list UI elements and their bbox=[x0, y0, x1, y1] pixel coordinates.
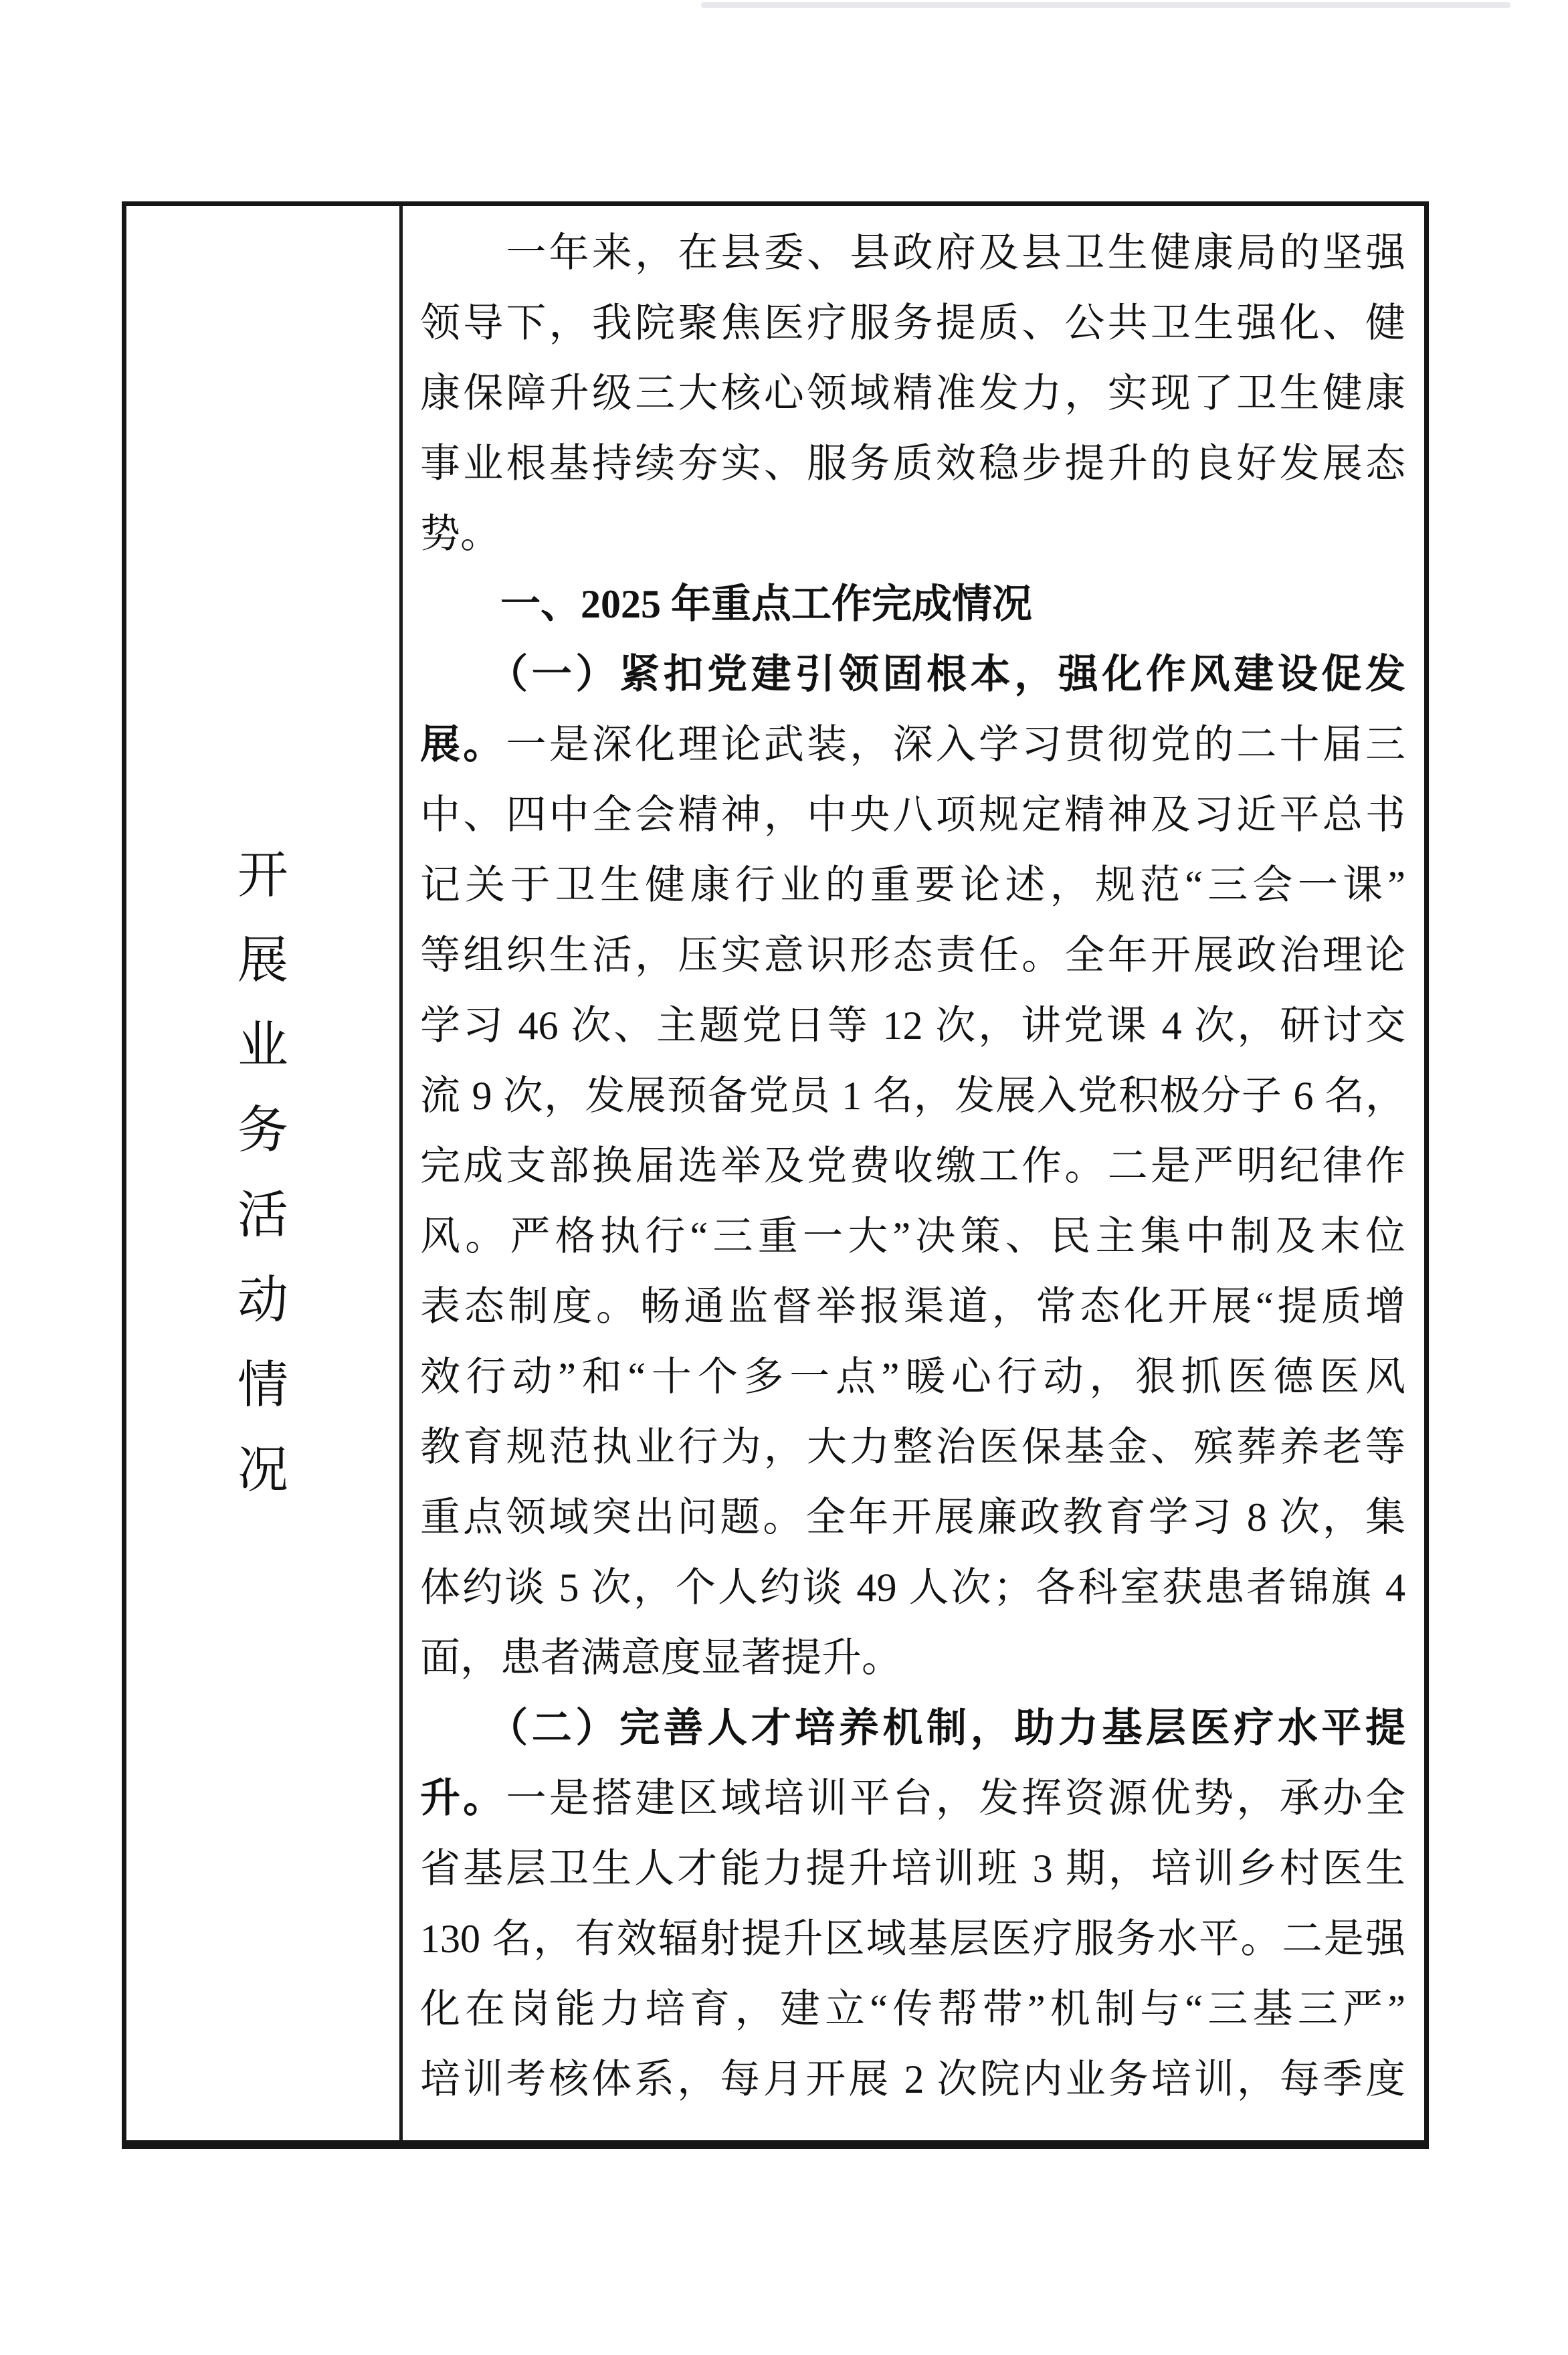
text-segment: 等组织生活，压实意识形态责任。全年开展政治理论 bbox=[420, 933, 1405, 977]
text-line: 等组织生活，压实意识形态责任。全年开展政治理论 bbox=[420, 921, 1405, 991]
text-segment: 一年来，在县委、县政府及县卫生健康局的坚强 bbox=[420, 231, 1405, 275]
text-segment: 中、四中全会精神，中央八项规定精神及习近平总书 bbox=[420, 793, 1405, 837]
text-segment: 表态制度。畅通监督举报渠道，常态化开展“提质增 bbox=[420, 1285, 1405, 1329]
text-line: 体约谈 5 次，个人约谈 49 人次；各科室获患者锦旗 4 bbox=[420, 1553, 1405, 1623]
text-segment: 风。严格执行“三重一大”决策、民主集中制及末位 bbox=[420, 1214, 1405, 1258]
text-line: 一、2025 年重点工作完成情况 bbox=[420, 569, 1405, 640]
row-header-char: 业 bbox=[237, 1020, 288, 1071]
text-segment: 教育规范执业行为，大力整治医保基金、殡葬养老等 bbox=[420, 1425, 1405, 1469]
text-line: 效行动”和“十个多一点”暖心行动，狠抓医德医风 bbox=[420, 1342, 1405, 1412]
text-segment: 培训考核体系，每月开展 2 次院内业务培训，每季度 bbox=[420, 2057, 1405, 2101]
row-header-char: 开 bbox=[237, 850, 288, 901]
text-segment-bold: （一）紧扣党建引领固根本，强化作风建设促发 bbox=[420, 652, 1405, 696]
text-line: 学习 46 次、主题党日等 12 次，讲党课 4 次，研讨交 bbox=[420, 991, 1405, 1061]
text-segment-bold: 展。 bbox=[420, 723, 506, 767]
text-segment: 面，患者满意度显著提升。 bbox=[420, 1636, 902, 1680]
text-line: 省基层卫生人才能力提升培训班 3 期，培训乡村医生 bbox=[420, 1834, 1405, 1904]
text-segment: 流 9 次，发展预备党员 1 名，发展入党积极分子 6 名， bbox=[420, 1074, 1405, 1118]
text-segment-bold: 一、2025 年重点工作完成情况 bbox=[420, 582, 1032, 626]
text-line: 表态制度。畅通监督举报渠道，常态化开展“提质增 bbox=[420, 1272, 1405, 1342]
report-table: 开展业务活动情况 一年来，在县委、县政府及县卫生健康局的坚强领导下，我院聚焦医疗… bbox=[122, 201, 1429, 2149]
report-content-cell: 一年来，在县委、县政府及县卫生健康局的坚强领导下，我院聚焦医疗服务提质、公共卫生… bbox=[403, 206, 1424, 2140]
text-line: 教育规范执业行为，大力整治医保基金、殡葬养老等 bbox=[420, 1412, 1405, 1483]
text-line: 化在岗能力培育，建立“传帮带”机制与“三基三严” bbox=[420, 1974, 1405, 2045]
row-header-char: 动 bbox=[237, 1275, 288, 1326]
text-segment: 记关于卫生健康行业的重要论述，规范“三会一课” bbox=[420, 863, 1405, 907]
text-line: 康保障升级三大核心领域精准发力，实现了卫生健康 bbox=[420, 359, 1405, 429]
text-line: 事业根基持续夯实、服务质效稳步提升的良好发展态 bbox=[420, 429, 1405, 499]
text-line: 130 名，有效辐射提升区域基层医疗服务水平。二是强 bbox=[420, 1904, 1405, 1974]
row-header-char: 况 bbox=[237, 1445, 288, 1496]
text-line: 记关于卫生健康行业的重要论述，规范“三会一课” bbox=[420, 850, 1405, 921]
text-line: （二）完善人才培养机制，助力基层医疗水平提 bbox=[420, 1693, 1405, 1764]
text-line: 中、四中全会精神，中央八项规定精神及习近平总书 bbox=[420, 780, 1405, 850]
text-line: 流 9 次，发展预备党员 1 名，发展入党积极分子 6 名， bbox=[420, 1061, 1405, 1131]
row-header-char: 务 bbox=[237, 1105, 288, 1156]
text-segment: 完成支部换届选举及党费收缴工作。二是严明纪律作 bbox=[420, 1144, 1405, 1188]
text-line: （一）紧扣党建引领固根本，强化作风建设促发 bbox=[420, 640, 1405, 710]
text-segment: 130 名，有效辐射提升区域基层医疗服务水平。二是强 bbox=[420, 1917, 1405, 1961]
row-header-char: 展 bbox=[237, 935, 288, 986]
row-header-char: 活 bbox=[237, 1190, 288, 1241]
text-line: 风。严格执行“三重一大”决策、民主集中制及末位 bbox=[420, 1202, 1405, 1272]
text-segment: 康保障升级三大核心领域精准发力，实现了卫生健康 bbox=[420, 371, 1405, 415]
text-line: 完成支部换届选举及党费收缴工作。二是严明纪律作 bbox=[420, 1131, 1405, 1202]
scan-artifact-line bbox=[701, 2, 1510, 8]
text-line: 培训考核体系，每月开展 2 次院内业务培训，每季度 bbox=[420, 2045, 1405, 2115]
text-line: 面，患者满意度显著提升。 bbox=[420, 1623, 1405, 1693]
text-segment-bold: 升。 bbox=[420, 1776, 506, 1820]
text-segment: 化在岗能力培育，建立“传帮带”机制与“三基三严” bbox=[420, 1987, 1405, 2031]
text-segment: 体约谈 5 次，个人约谈 49 人次；各科室获患者锦旗 4 bbox=[420, 1566, 1405, 1610]
text-segment: 一是搭建区域培训平台，发挥资源优势，承办全 bbox=[506, 1776, 1405, 1820]
text-segment: 事业根基持续夯实、服务质效稳步提升的良好发展态 bbox=[420, 442, 1405, 486]
text-line: 升。一是搭建区域培训平台，发挥资源优势，承办全 bbox=[420, 1764, 1405, 1834]
text-segment: 省基层卫生人才能力提升培训班 3 期，培训乡村医生 bbox=[420, 1847, 1405, 1891]
text-segment: 重点领域突出问题。全年开展廉政教育学习 8 次，集 bbox=[420, 1495, 1405, 1539]
row-header-cell: 开展业务活动情况 bbox=[126, 206, 403, 2140]
text-segment: 效行动”和“十个多一点”暖心行动，狠抓医德医风 bbox=[420, 1355, 1405, 1399]
text-segment: 一是深化理论武装，深入学习贯彻党的二十届三 bbox=[506, 723, 1405, 767]
text-segment: 领导下，我院聚焦医疗服务提质、公共卫生强化、健 bbox=[420, 301, 1405, 345]
text-line: 展。一是深化理论武装，深入学习贯彻党的二十届三 bbox=[420, 710, 1405, 780]
text-line: 重点领域突出问题。全年开展廉政教育学习 8 次，集 bbox=[420, 1483, 1405, 1553]
row-header-char: 情 bbox=[237, 1360, 288, 1411]
text-line: 势。 bbox=[420, 499, 1405, 569]
document-page: 开展业务活动情况 一年来，在县委、县政府及县卫生健康局的坚强领导下，我院聚焦医疗… bbox=[0, 0, 1568, 2355]
text-segment: 势。 bbox=[420, 512, 500, 556]
text-line: 领导下，我院聚焦医疗服务提质、公共卫生强化、健 bbox=[420, 288, 1405, 359]
text-line: 一年来，在县委、县政府及县卫生健康局的坚强 bbox=[420, 218, 1405, 288]
text-segment-bold: （二）完善人才培养机制，助力基层医疗水平提 bbox=[420, 1706, 1405, 1750]
text-segment: 学习 46 次、主题党日等 12 次，讲党课 4 次，研讨交 bbox=[420, 1004, 1405, 1048]
